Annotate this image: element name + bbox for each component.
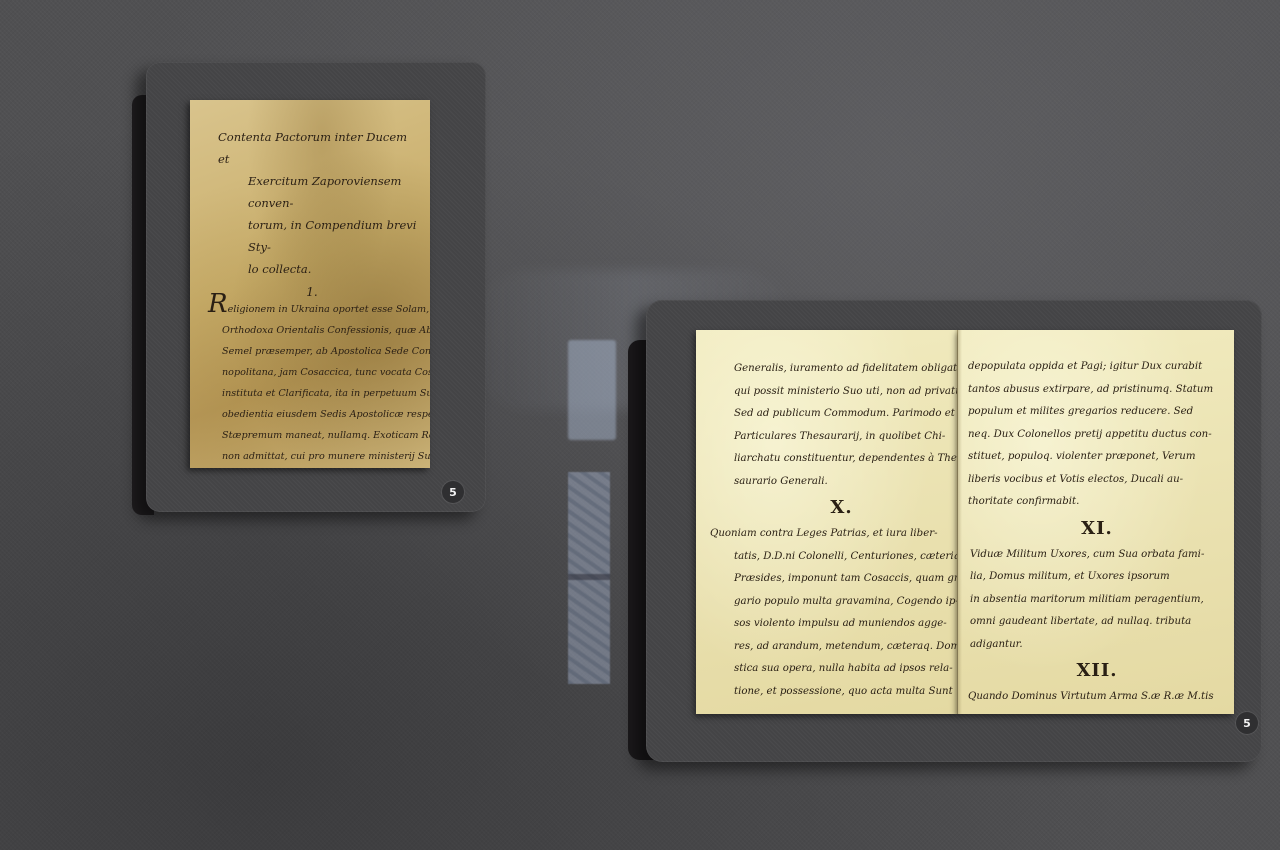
book-right-page: depopulata oppida et Pagi; igitur Dux cu… — [958, 330, 1234, 714]
text-line: depopulata oppida et Pagi; igitur Dux cu… — [968, 356, 1226, 379]
text-line: Quoniam contra Leges Patrias, et iura li… — [710, 523, 949, 546]
text-line: omni gaudeant libertate, ad nullaq. trib… — [968, 611, 1226, 634]
left-manuscript-page: Contenta Pactorum inter Ducem et Exercit… — [190, 100, 430, 468]
text-line: stituet, populoq. violenter præponet, Ve… — [968, 446, 1226, 469]
window-reflection — [568, 340, 616, 440]
text-line: Generalis, iuramento ad fidelitatem obli… — [734, 358, 949, 381]
text-line: tione, et possessione, quo acta multa Su… — [734, 681, 949, 704]
text-line: tantos abusus extirpare, ad pristinumq. … — [968, 379, 1226, 402]
text-line: stica sua opera, nulla habita ad ipsos r… — [734, 658, 949, 681]
text-line: instituta et Clarificata, ita in perpetu… — [204, 383, 420, 404]
manuscript-title: Contenta Pactorum inter Ducem et Exercit… — [204, 126, 420, 280]
text-line: adigantur. — [968, 634, 1226, 657]
text-line: nopolitana, jam Cosaccica, tunc vocata C… — [204, 362, 420, 383]
text-line: neq. Dux Colonellos pretij appetitu duct… — [968, 424, 1226, 447]
text-line: tatis, D.D.ni Colonelli, Centuriones, cæ… — [734, 546, 949, 569]
title-line: lo collecta. — [218, 258, 420, 280]
text-line: gario populo multa gravamina, Cogendo ip… — [734, 591, 949, 614]
section-number: X. — [734, 493, 949, 523]
text-line: sos violento impulsu ad muniendos agge- — [734, 613, 949, 636]
text-line: Semel præsemper, ab Apostolica Sede Cons… — [204, 341, 420, 362]
text-line: Præsides, imponunt tam Cosaccis, quam gr… — [734, 568, 949, 591]
text-line: obedientia eiusdem Sedis Apostolicæ resp… — [204, 404, 420, 425]
window-reflection-panes — [568, 472, 610, 684]
text-line: thoritate confirmabit. — [968, 491, 1226, 514]
text-line: lia, Domus militum, et Uxores ipsorum — [968, 566, 1226, 589]
text-line: liberis vocibus et Votis electos, Ducali… — [968, 469, 1226, 492]
title-line: Contenta Pactorum inter Ducem et — [218, 126, 420, 170]
text-line: populum et milites gregarios reducere. S… — [968, 401, 1226, 424]
section-number: XII. — [968, 656, 1226, 686]
title-line: torum, in Compendium brevi Sty- — [218, 214, 420, 258]
text-line: in absentia maritorum militiam peragenti… — [968, 589, 1226, 612]
text-line: Religionem in Ukraina oportet esse Solam… — [204, 294, 420, 320]
text-line: res, ad arandum, metendum, cæteraq. Dome… — [734, 636, 949, 659]
text-line: invigilet Dux, fundariq. ac promulgari — [204, 467, 420, 468]
text-line: liarchatu constituentur, dependentes à T… — [734, 448, 949, 471]
text-line: saurario Generali. — [734, 471, 949, 494]
exhibit-number-badge: 5 — [1236, 712, 1258, 734]
text-line: Orthodoxa Orientalis Confessionis, quæ A… — [204, 320, 420, 341]
manuscript-body: Religionem in Ukraina oportet esse Solam… — [204, 294, 420, 468]
text-line: Stæpremum maneat, nullamq. Exoticam Reli… — [204, 425, 420, 446]
open-manuscript-book: Generalis, iuramento ad fidelitatem obli… — [696, 330, 1234, 720]
book-left-page: Generalis, iuramento ad fidelitatem obli… — [696, 330, 958, 714]
exhibit-number-badge: 5 — [442, 481, 464, 503]
title-line: Exercitum Zaporoviensem conven- — [218, 170, 420, 214]
text-line: qui possit ministerio Suo uti, non ad pr… — [734, 381, 949, 404]
text-line: Quando Dominus Virtutum Arma S.æ R.æ M.t… — [968, 686, 1226, 709]
text-line: Particulares Thesaurarij, in quolibet Ch… — [734, 426, 949, 449]
text-line: Viduæ Militum Uxores, cum Sua orbata fam… — [968, 544, 1226, 567]
book-gutter — [954, 330, 962, 714]
section-number: XI. — [968, 514, 1226, 544]
text-line: Sed ad publicum Commodum. Parimodo et — [734, 403, 949, 426]
text-line: non admittat, cui pro munere ministerij … — [204, 446, 420, 467]
